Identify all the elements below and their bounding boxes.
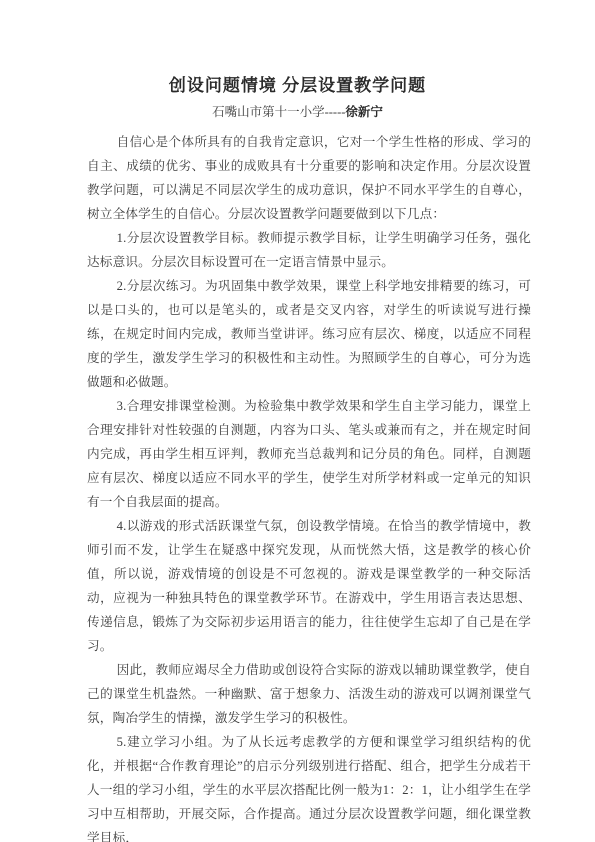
byline: 石嘴山市第十一小学-----徐新宁 <box>0 104 595 120</box>
document-body: 自信心是个体所具有的自我肯定意识，它对一个学生性格的形成、学习的自主、成绩的优劣… <box>87 130 531 842</box>
paragraph-intro: 自信心是个体所具有的自我肯定意识，它对一个学生性格的形成、学习的自主、成绩的优劣… <box>87 130 531 226</box>
paragraph-point-1: 1.分层次设置教学目标。教师提示教学目标，让学生明确学习任务，强化达标意识。分层… <box>87 226 531 274</box>
paragraph-point-2: 2.分层次练习。为巩固集中教学效果，课堂上科学地安排精要的练习，可以是口头的，也… <box>87 274 531 394</box>
paragraph-point-5: 5.建立学习小组。为了从长远考虑教学的方便和课堂学习组织结构的优化，并根据“合作… <box>87 730 531 842</box>
paragraph-point-4-continued: 因此，教师应竭尽全力借助或创设符合实际的游戏以辅助课堂教学，使自己的课堂生机盎然… <box>87 658 531 730</box>
byline-author: 徐新宁 <box>345 105 383 119</box>
paragraph-point-3: 3.合理安排课堂检测。为检验集中教学效果和学生自主学习能力，课堂上合理安排针对性… <box>87 394 531 514</box>
paragraph-point-4: 4.以游戏的形式活跃课堂气氛，创设教学情境。在恰当的教学情境中，教师引而不发，让… <box>87 514 531 658</box>
byline-separator: ----- <box>325 105 346 119</box>
document-page: 创设问题情境 分层设置教学问题 石嘴山市第十一小学-----徐新宁 自信心是个体… <box>0 0 595 842</box>
byline-school: 石嘴山市第十一小学 <box>212 105 325 119</box>
page-title: 创设问题情境 分层设置教学问题 <box>0 0 595 96</box>
